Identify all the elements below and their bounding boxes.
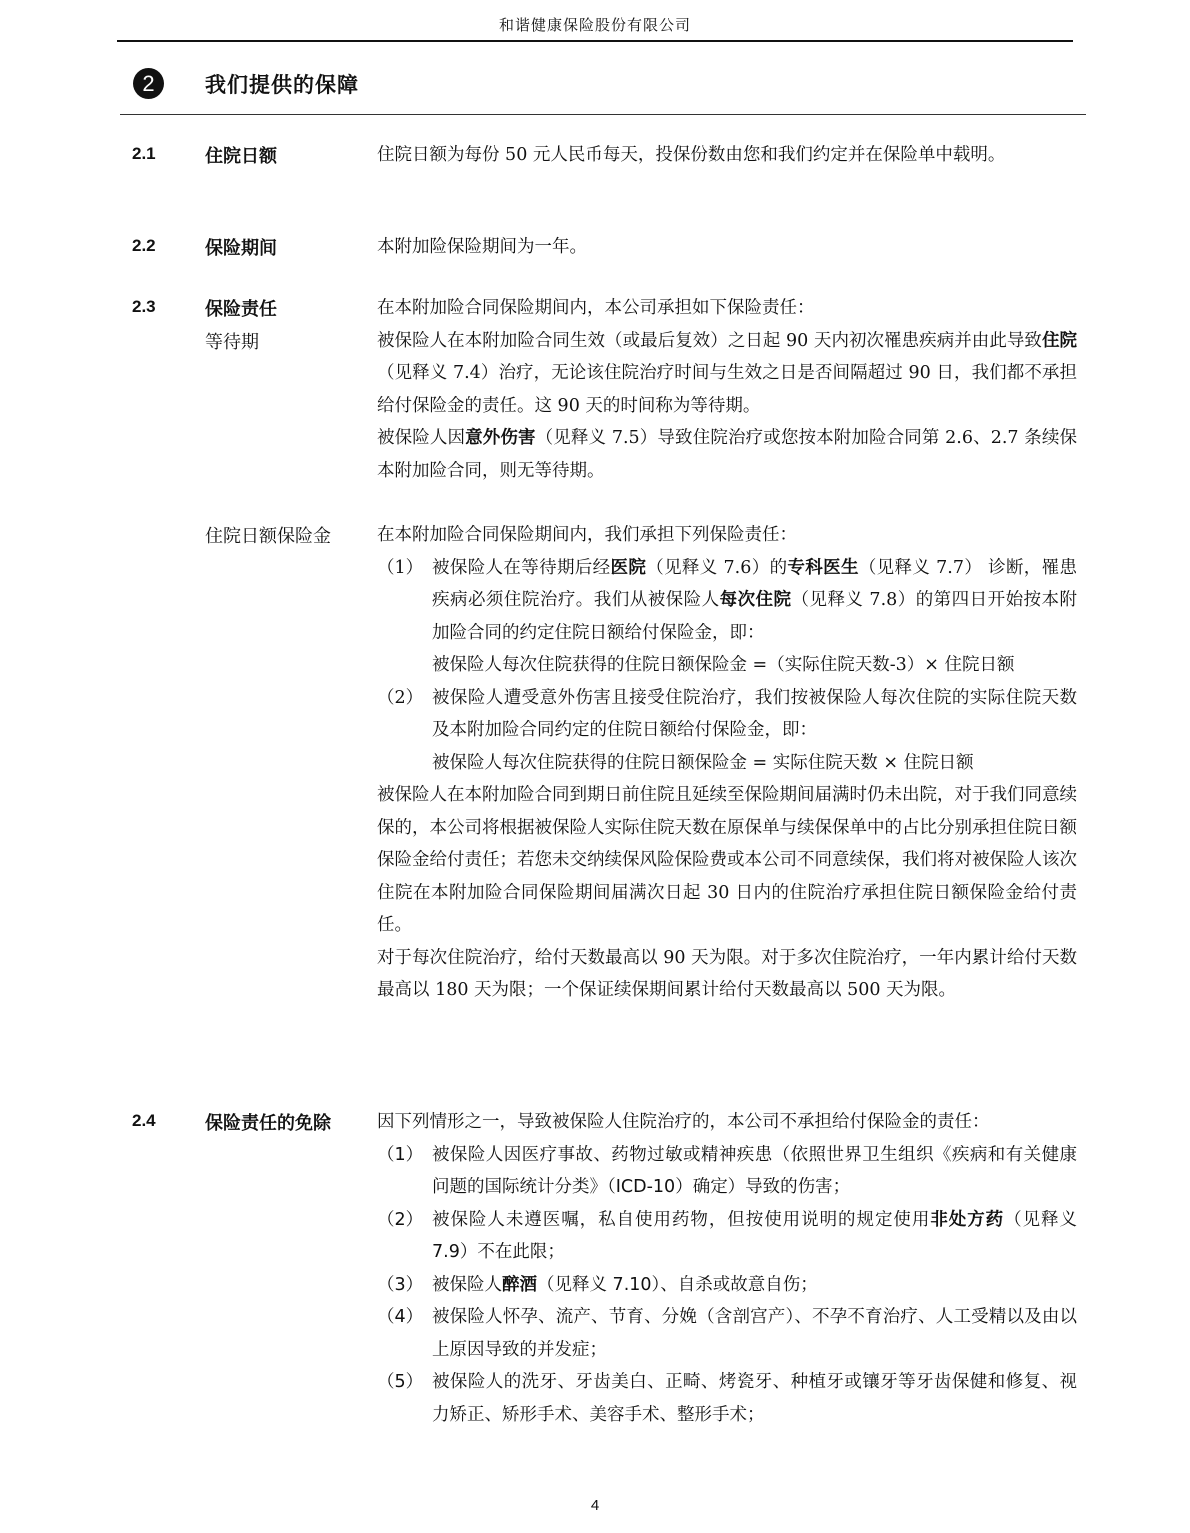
chapter-divider: [120, 114, 1086, 115]
paragraph: 被保险人在本附加险合同到期日前住院且延续至保险期间届满时仍未出院，对于我们同意续…: [377, 779, 1077, 942]
paragraph: 住院日额为每份 50 元人民币每天，投保份数由您和我们约定并在保险单中载明。: [377, 139, 1077, 172]
formula: 被保险人每次住院获得的住院日额保险金 = 实际住院天数 × 住院日额: [432, 747, 1077, 780]
paragraph: 因下列情形之一，导致被保险人住院治疗的，本公司不承担给付保险金的责任：: [377, 1106, 1077, 1139]
section-body-2-1: 住院日额为每份 50 元人民币每天，投保份数由您和我们约定并在保险单中载明。: [377, 139, 1077, 172]
list-item: （1） 被保险人在等待期后经医院（见释义 7.6）的专科医生（见释义 7.7） …: [377, 552, 1077, 682]
section-title-2-2: 保险期间: [205, 234, 277, 260]
list-item: （2） 被保险人遭受意外伤害且接受住院治疗，我们按被保险人每次住院的实际住院天数…: [377, 682, 1077, 780]
subsection-label-waiting-period: 等待期: [205, 328, 259, 354]
paragraph: 在本附加险合同保险期间内，本公司承担如下保险责任：: [377, 292, 1077, 325]
page-header-company: 和谐健康保险股份有限公司: [117, 14, 1073, 35]
page-number: 4: [0, 1497, 1190, 1514]
list-item: （3） 被保险人醉酒（见释义 7.10）、自杀或故意自伤；: [377, 1269, 1077, 1302]
paragraph: 在本附加险合同保险期间内，我们承担下列保险责任：: [377, 519, 1077, 552]
chapter-title: 我们提供的保障: [205, 69, 359, 99]
list-item: （2） 被保险人未遵医嘱，私自使用药物，但按使用说明的规定使用非处方药（见释义 …: [377, 1204, 1077, 1269]
section-title-2-3: 保险责任: [205, 295, 277, 321]
chapter-number-badge: 2: [133, 68, 164, 99]
header-rule: [117, 40, 1073, 42]
section-title-2-1: 住院日额: [205, 142, 277, 168]
paragraph: 被保险人因意外伤害（见释义 7.5）导致住院治疗或您按本附加险合同第 2.6、2…: [377, 422, 1077, 487]
formula: 被保险人每次住院获得的住院日额保险金 =（实际住院天数-3）× 住院日额: [432, 649, 1077, 682]
section-number-2-3: 2.3: [132, 297, 156, 317]
section-number-2-1: 2.1: [132, 144, 156, 164]
subsection-label-daily-benefit: 住院日额保险金: [205, 522, 331, 548]
section-number-2-4: 2.4: [132, 1111, 156, 1131]
section-title-2-4: 保险责任的免除: [205, 1109, 331, 1135]
paragraph: 本附加险保险期间为一年。: [377, 231, 1077, 264]
list-item: （4） 被保险人怀孕、流产、节育、分娩（含剖宫产）、不孕不育治疗、人工受精以及由…: [377, 1301, 1077, 1366]
section-body-2-3-waiting: 在本附加险合同保险期间内，本公司承担如下保险责任： 被保险人在本附加险合同生效（…: [377, 292, 1077, 487]
paragraph: 被保险人在本附加险合同生效（或最后复效）之日起 90 天内初次罹患疾病并由此导致…: [377, 325, 1077, 423]
section-number-2-2: 2.2: [132, 236, 156, 256]
section-body-2-3-daily: 在本附加险合同保险期间内，我们承担下列保险责任： （1） 被保险人在等待期后经医…: [377, 519, 1077, 1007]
paragraph: 对于每次住院治疗，给付天数最高以 90 天为限。对于多次住院治疗，一年内累计给付…: [377, 942, 1077, 1007]
section-body-2-4: 因下列情形之一，导致被保险人住院治疗的，本公司不承担给付保险金的责任： （1） …: [377, 1106, 1077, 1431]
section-body-2-2: 本附加险保险期间为一年。: [377, 231, 1077, 264]
list-item: （5） 被保险人的洗牙、牙齿美白、正畸、烤瓷牙、种植牙或镶牙等牙齿保健和修复、视…: [377, 1366, 1077, 1431]
list-item: （1） 被保险人因医疗事故、药物过敏或精神疾患（依照世界卫生组织《疾病和有关健康…: [377, 1139, 1077, 1204]
